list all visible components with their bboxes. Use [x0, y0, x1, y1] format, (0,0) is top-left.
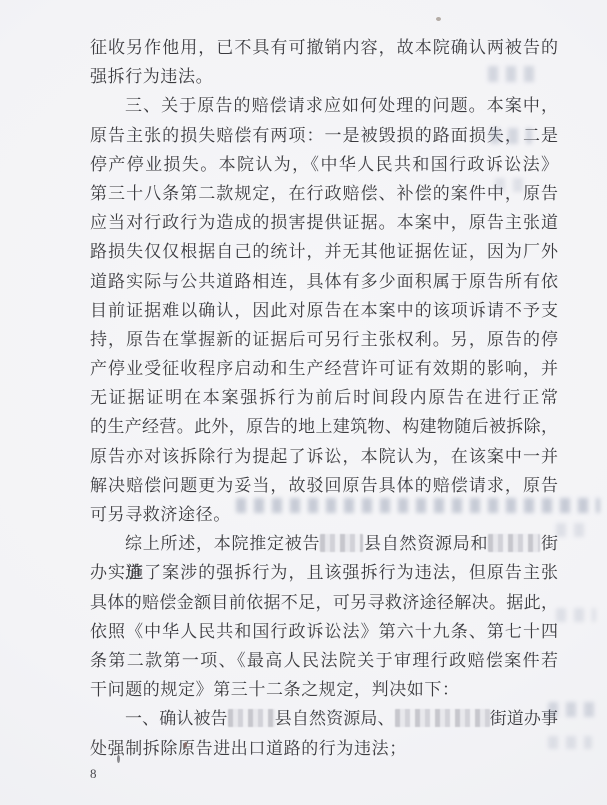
- scan-speck: [436, 17, 441, 21]
- text-segment: 办实施了案涉的强拆行为，且该强拆行为违法，但原告主张: [90, 563, 558, 582]
- page-number: 8: [90, 766, 98, 782]
- text-line: 产停业受征收程序启动和生产经营许可证有效期的影响，并: [90, 354, 558, 383]
- text-segment: 原告亦对该拆除行为提起了诉讼，本院认为，在该案中一并: [90, 447, 558, 466]
- text-segment: 产停业受征收程序启动和生产经营许可证有效期的影响，并: [90, 359, 558, 378]
- redaction-mosaic: [320, 534, 363, 552]
- text-line: 停产停业损失。本院认为，《中华人民共和国行政诉讼法》: [90, 150, 558, 179]
- text-segment: 第三十八条第二款规定，在行政赔偿、补偿的案件中，原告: [90, 184, 558, 203]
- text-segment: 条第二款第一项、《最高人民法院关于审理行政赔偿案件若: [90, 651, 558, 670]
- text-segment: 干问题的规定》第三十二条之规定，判决如下：: [90, 680, 460, 699]
- redaction-mosaic: [488, 534, 540, 552]
- text-line: 可另寻救济途径。: [90, 500, 558, 529]
- text-segment: 强拆行为违法。: [90, 67, 213, 86]
- text-line: 原告亦对该拆除行为提起了诉讼，本院认为，在该案中一并: [90, 442, 558, 471]
- text-line: 的生产经营。此外，原告的地上建筑物、构建物随后被拆除，: [90, 412, 558, 441]
- text-segment: 路损失仅仅根据自己的统计，并无其他证据佐证，因为厂外: [90, 242, 558, 261]
- text-segment: 县自然资源局、: [275, 709, 395, 728]
- text-segment: 解决赔偿问题更为妥当，故驳回原告具体的赔偿请求，原告: [90, 476, 558, 495]
- text-segment: 依照《中华人民共和国行政诉讼法》第六十九条、第七十四: [90, 622, 558, 641]
- text-line: 应当对行政行为造成的损害提供证据。本案中，原告主张道: [90, 208, 558, 237]
- text-line: 第三十八条第二款规定，在行政赔偿、补偿的案件中，原告: [90, 179, 558, 208]
- text-segment: 处强制拆除原告进出口道路的行为违法；: [90, 739, 407, 758]
- text-segment: 道路实际与公共道路相连，具体有多少面积属于原告所有依: [90, 272, 558, 291]
- text-segment: 原告主张的损失赔偿有两项：一是被毁损的路面损失，二是: [90, 126, 558, 145]
- text-line: 依照《中华人民共和国行政诉讼法》第六十九条、第七十四: [90, 617, 558, 646]
- bleedthrough-ghost: [556, 608, 596, 622]
- text-line: 解决赔偿问题更为妥当，故驳回原告具体的赔偿请求，原告: [90, 471, 558, 500]
- text-segment: 三、关于原告的赔偿请求应如何处理的问题。本案中，: [125, 96, 558, 115]
- text-segment: 街道办事: [490, 709, 558, 728]
- text-segment: 一、确认被告: [125, 709, 228, 728]
- text-segment: 可另寻救济途径。: [90, 505, 231, 524]
- text-line: 处强制拆除原告进出口道路的行为违法；: [90, 734, 558, 763]
- text-segment: 县自然资源局和: [363, 534, 488, 553]
- text-line: 具体的赔偿金额目前依据不足，可另寻救济途径解决。据此，: [90, 588, 558, 617]
- bleedthrough-ghost: [556, 523, 592, 537]
- text-line: 征收另作他用，已不具有可撤销内容，故本院确认两被告的: [90, 33, 558, 62]
- text-segment: 具体的赔偿金额目前依据不足，可另寻救济途径解决。据此，: [90, 593, 558, 612]
- text-line: 持，原告在掌握新的证据后可另行主张权利。另，原告的停: [90, 325, 558, 354]
- text-segment: 的生产经营。此外，原告的地上建筑物、构建物随后被拆除，: [90, 417, 558, 436]
- text-line: 条第二款第一项、《最高人民法院关于审理行政赔偿案件若: [90, 646, 558, 675]
- text-line: 目前证据难以确认，因此对原告在本案中的该项诉请不予支: [90, 296, 558, 325]
- text-segment: 综上所述，本院推定被告: [125, 534, 320, 553]
- text-segment: 持，原告在掌握新的证据后可另行主张权利。另，原告的停: [90, 330, 558, 349]
- text-segment: 停产停业损失。本院认为，《中华人民共和国行政诉讼法》: [90, 155, 558, 174]
- text-line: 原告主张的损失赔偿有两项：一是被毁损的路面损失，二是: [90, 121, 558, 150]
- scanned-court-judgment-page: 征收另作他用，已不具有可撤销内容，故本院确认两被告的强拆行为违法。三、关于原告的…: [0, 0, 607, 805]
- redaction-mosaic: [395, 709, 490, 727]
- text-line: 干问题的规定》第三十二条之规定，判决如下：: [90, 675, 558, 704]
- text-line: 无证据证明在本案强拆行为前后时间段内原告在进行正常: [90, 383, 558, 412]
- text-line: 一、确认被告县自然资源局、街道办事: [90, 704, 558, 733]
- judgment-text: 征收另作他用，已不具有可撤销内容，故本院确认两被告的强拆行为违法。三、关于原告的…: [90, 33, 558, 763]
- text-line: 道路实际与公共道路相连，具体有多少面积属于原告所有依: [90, 267, 558, 296]
- text-segment: 目前证据难以确认，因此对原告在本案中的该项诉请不予支: [90, 301, 558, 320]
- text-line: 综上所述，本院推定被告县自然资源局和街道: [90, 529, 558, 558]
- redaction-mosaic: [228, 709, 275, 727]
- text-line: 强拆行为违法。: [90, 62, 558, 91]
- text-segment: 应当对行政行为造成的损害提供证据。本案中，原告主张道: [90, 213, 558, 232]
- text-segment: 征收另作他用，已不具有可撤销内容，故本院确认两被告的: [90, 38, 558, 57]
- text-line: 路损失仅仅根据自己的统计，并无其他证据佐证，因为厂外: [90, 237, 558, 266]
- text-segment: 无证据证明在本案强拆行为前后时间段内原告在进行正常: [90, 388, 558, 407]
- text-line: 三、关于原告的赔偿请求应如何处理的问题。本案中，: [90, 91, 558, 120]
- text-line: 办实施了案涉的强拆行为，且该强拆行为违法，但原告主张: [90, 558, 558, 587]
